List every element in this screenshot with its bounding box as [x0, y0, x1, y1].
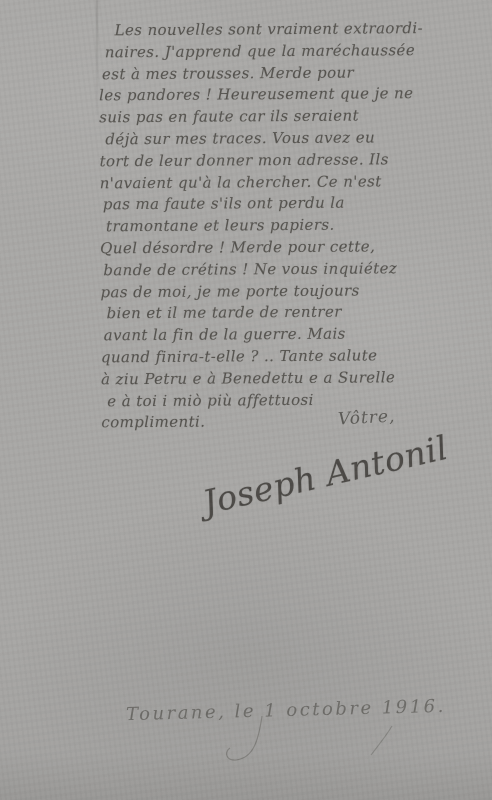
handwriting-line: bande de crétins ! Ne vous inquiétez — [100, 257, 472, 281]
handwriting-line: Les nouvelles sont vraiment extraordi- — [99, 18, 471, 42]
letter-body: Les nouvelles sont vraiment extraordi-na… — [99, 18, 474, 435]
handwriting-line: Quel désordre ! Merde pour cette, — [100, 236, 472, 260]
handwriting-line: n'avaient qu'à la chercher. Ce n'est — [100, 170, 472, 194]
handwriting-line: bien et il me tarde de rentrer — [101, 301, 473, 325]
handwriting-line: pas de moi, je me porte toujours — [100, 279, 472, 303]
handwriting-line: déjà sur mes traces. Vous avez eu — [99, 127, 471, 151]
dateline: Tourane, le 1 octobre 1916. — [126, 696, 446, 725]
handwriting-line: tramontane et leurs papiers. — [100, 214, 472, 238]
handwriting-line: avant la fin de la guerre. Mais — [101, 323, 473, 347]
handwriting-line: e à toi i miò più affettuosi — [101, 388, 473, 412]
handwriting-line: quand finira-t-elle ? .. Tante salute — [101, 345, 473, 369]
handwriting-line: complimenti. — [101, 410, 473, 434]
handwriting-line: les pandores ! Heureusement que je ne — [99, 83, 471, 107]
valediction: Vôtre, — [338, 407, 396, 430]
handwriting-line: est à mes trousses. Merde pour — [99, 61, 471, 85]
handwriting-line: à ziu Petru e à Benedettu e a Surelle — [101, 366, 473, 390]
handwriting-line: pas ma faute s'ils ont perdu la — [100, 192, 472, 216]
handwriting-line: naires. J'apprend que la maréchaussée — [99, 40, 471, 64]
handwriting-line: tort de leur donner mon adresse. Ils — [99, 148, 471, 172]
scanned-letter-page: Les nouvelles sont vraiment extraordi-na… — [0, 0, 492, 800]
handwriting-line: suis pas en faute car ils seraient — [99, 105, 471, 129]
paper-crease — [96, 0, 98, 116]
signature: Joseph Antonil — [199, 421, 481, 522]
